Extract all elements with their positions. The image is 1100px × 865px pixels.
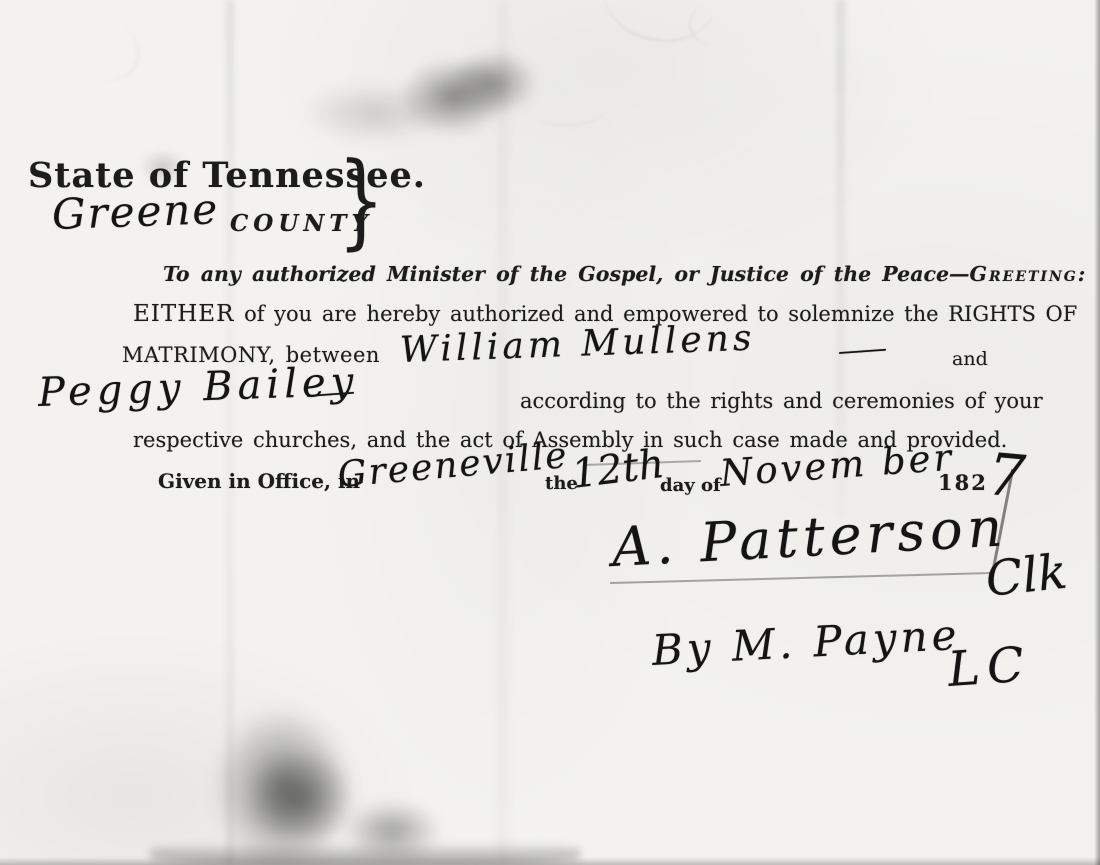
year-printed: 182 — [938, 470, 988, 495]
clerk-title-handwritten: Clk — [983, 544, 1070, 608]
bleed-through-mark — [530, 88, 611, 130]
day-handwritten: 12th — [569, 441, 667, 498]
county-name-handwritten: Greene — [51, 184, 220, 239]
body-line-3-text: according to the rights and ceremonies o… — [520, 389, 1043, 413]
marriage-license-document: State of Tennessee. } Greene COUNTY To a… — [0, 0, 1100, 865]
ink-stain-bottom-edge — [150, 842, 580, 864]
ink-stain-top-main-lobe — [448, 50, 538, 116]
salutation-greeting: Greeting: — [970, 262, 1088, 286]
and-word: and — [952, 348, 988, 370]
clerk-signature: A. Patterson — [610, 495, 1008, 579]
scan-edge-right — [1094, 0, 1100, 865]
ink-stain-bottom-core — [246, 748, 356, 848]
deputy-signature: By M. Payne — [651, 610, 962, 675]
bride-dash-flourish: —— — [305, 377, 353, 410]
county-word: COUNTY — [230, 210, 373, 237]
county-brace: } — [338, 150, 385, 253]
given-in-office-label: Given in Office, in — [158, 469, 360, 493]
bleed-through-mark — [49, 3, 150, 93]
salutation-line: To any authorized Minister of the Gospel… — [163, 262, 1087, 286]
deputy-title-handwritten: L C — [946, 637, 1022, 698]
groom-dash-flourish: —— — [837, 334, 885, 367]
day-of-label: day of — [660, 475, 721, 496]
salutation-text: To any authorized Minister of the Gospel… — [163, 262, 970, 286]
either-word: EITHER — [133, 301, 234, 327]
